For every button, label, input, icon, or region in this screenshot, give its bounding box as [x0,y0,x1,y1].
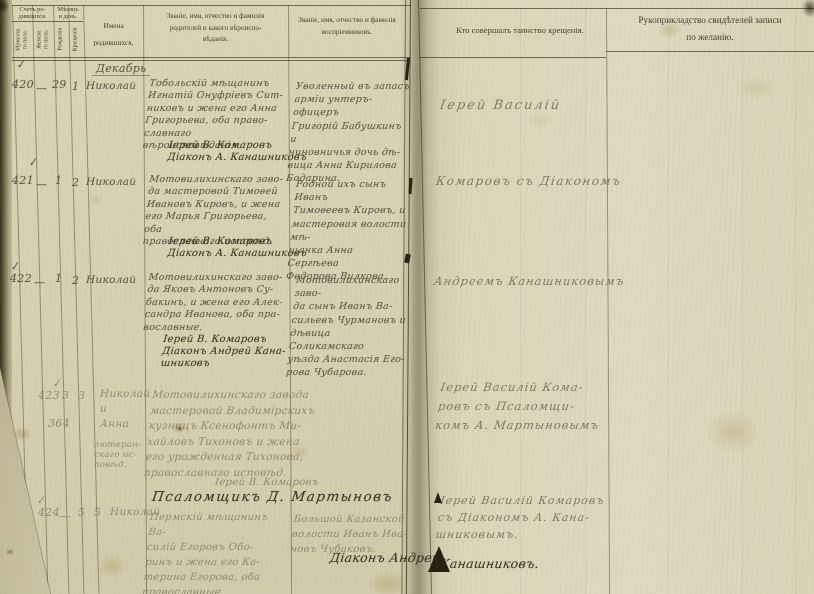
entry-day-born: 3 [62,389,69,402]
check-mark: ✓ [27,155,39,170]
col-header-godparents: Званіе, имя, отчество и фамилія воспріем… [289,15,405,38]
col-header-names: Имена родившихся, [84,17,143,51]
table-rule [420,8,814,9]
col-header-count-group: Счетъ ро- дившихся. [12,7,53,21]
paper-crease [795,8,796,594]
col-header-baptized-day: Крещенія [72,19,79,59]
entry-number-male: 422 [10,272,32,285]
entry-name: Николай [86,80,136,92]
psalmist-signature: Псаломщикъ Д. Мартыновъ [151,489,394,505]
col-header-witnesses: Рукоприкладство свидѣтелей записи по жел… [608,12,812,45]
entry-godparents-text: Мотовилихинскаго заво- да сынъ Иванъ Ва-… [285,274,414,380]
entry-name: Николай [86,274,136,286]
entry-godparents-text: Родной ихъ сынъ Иванъ Тимоѳеевъ Кировъ, … [285,178,414,284]
entry-day-born: 5 [78,506,85,519]
paper-crease [668,8,669,594]
entry-day-born: 29 [52,78,67,91]
entry-day-baptized: 1 [72,80,79,93]
entry-number-male: 420 [12,78,34,91]
check-mark: ✓ [15,57,27,72]
entry-number-female: — [36,178,47,191]
paper-crease [742,8,743,594]
col-header-born-day: Рожденія [57,19,64,59]
entry-clergy-signature: Іерей В. Комаровъ [214,477,319,489]
entry-number-male: 424 [38,506,60,519]
entry-day-born: 1 [55,174,62,187]
entry-day-born: 1 [55,272,62,285]
col-header-parents: Званіе, имя, отчество и фамилія родителе… [144,11,287,46]
entry-name: Николай и Анна [100,387,150,432]
entry-day-baptized: 3 [78,389,85,402]
entry-number-female: — [34,276,45,289]
deacon-signature-right: Канашниковъ. [439,556,540,571]
entry-day-baptized: 2 [72,274,79,287]
entry-number-male: 423 [38,389,60,402]
table-rule [606,51,814,52]
entry-name: Николай [86,176,136,188]
entry-performed-text: Іерей Василій Комаровъ съ Діакономъ А. К… [434,492,605,543]
entry-day-baptized: 5 [94,506,101,519]
entry-godparents-text: Уволенный въ запасъ арміи унтеръ-офицеръ… [285,80,414,186]
month-label: Декабрь [92,62,150,76]
entry-number-female: 364 [48,417,70,430]
col-header-performed: Кто совершалъ таинство крещенія. [432,25,608,35]
entry-parents-text: Мотовилихинскаго завода мастеровой Влади… [143,388,413,481]
entry-name-note: лютеран- скаго ис- повѣд. [94,440,141,470]
metric-book-scan: Счетъ ро- дившихся. Мѣсяцъ и день. Мужес… [0,0,814,594]
entry-parents-text: Мотовилихинскаго заво- да Яковъ Антоновъ… [143,272,292,334]
entry-number-female: — [36,82,47,95]
entry-performed-text: Іерей Василій [439,98,562,113]
entry-parents-text: Пермскій мѣщанинъ Ва- силій Егоровъ Обо-… [141,510,288,594]
table-rule [420,57,606,58]
entry-number-male: 421 [12,174,34,187]
binding-gutter [400,0,440,594]
entry-number-female: — [60,510,71,523]
entry-performed-text: Комаровъ съ Діакономъ [435,174,623,188]
entry-clergy-signature: Іерей В. Комаровъ Діаконъ Андрей Кана- ш… [160,334,288,370]
col-header-count-female: Женска го пола. [36,20,49,60]
entry-performed-text: Андреемъ Канашниковымъ [433,274,625,288]
entry-performed-text: Іерей Василій Кома- ровъ съ Псаломщи- ко… [434,378,606,435]
entry-day-baptized: 2 [72,176,79,189]
col-header-count-male: Мужеска го пола. [15,20,28,60]
table-rule [12,60,411,61]
